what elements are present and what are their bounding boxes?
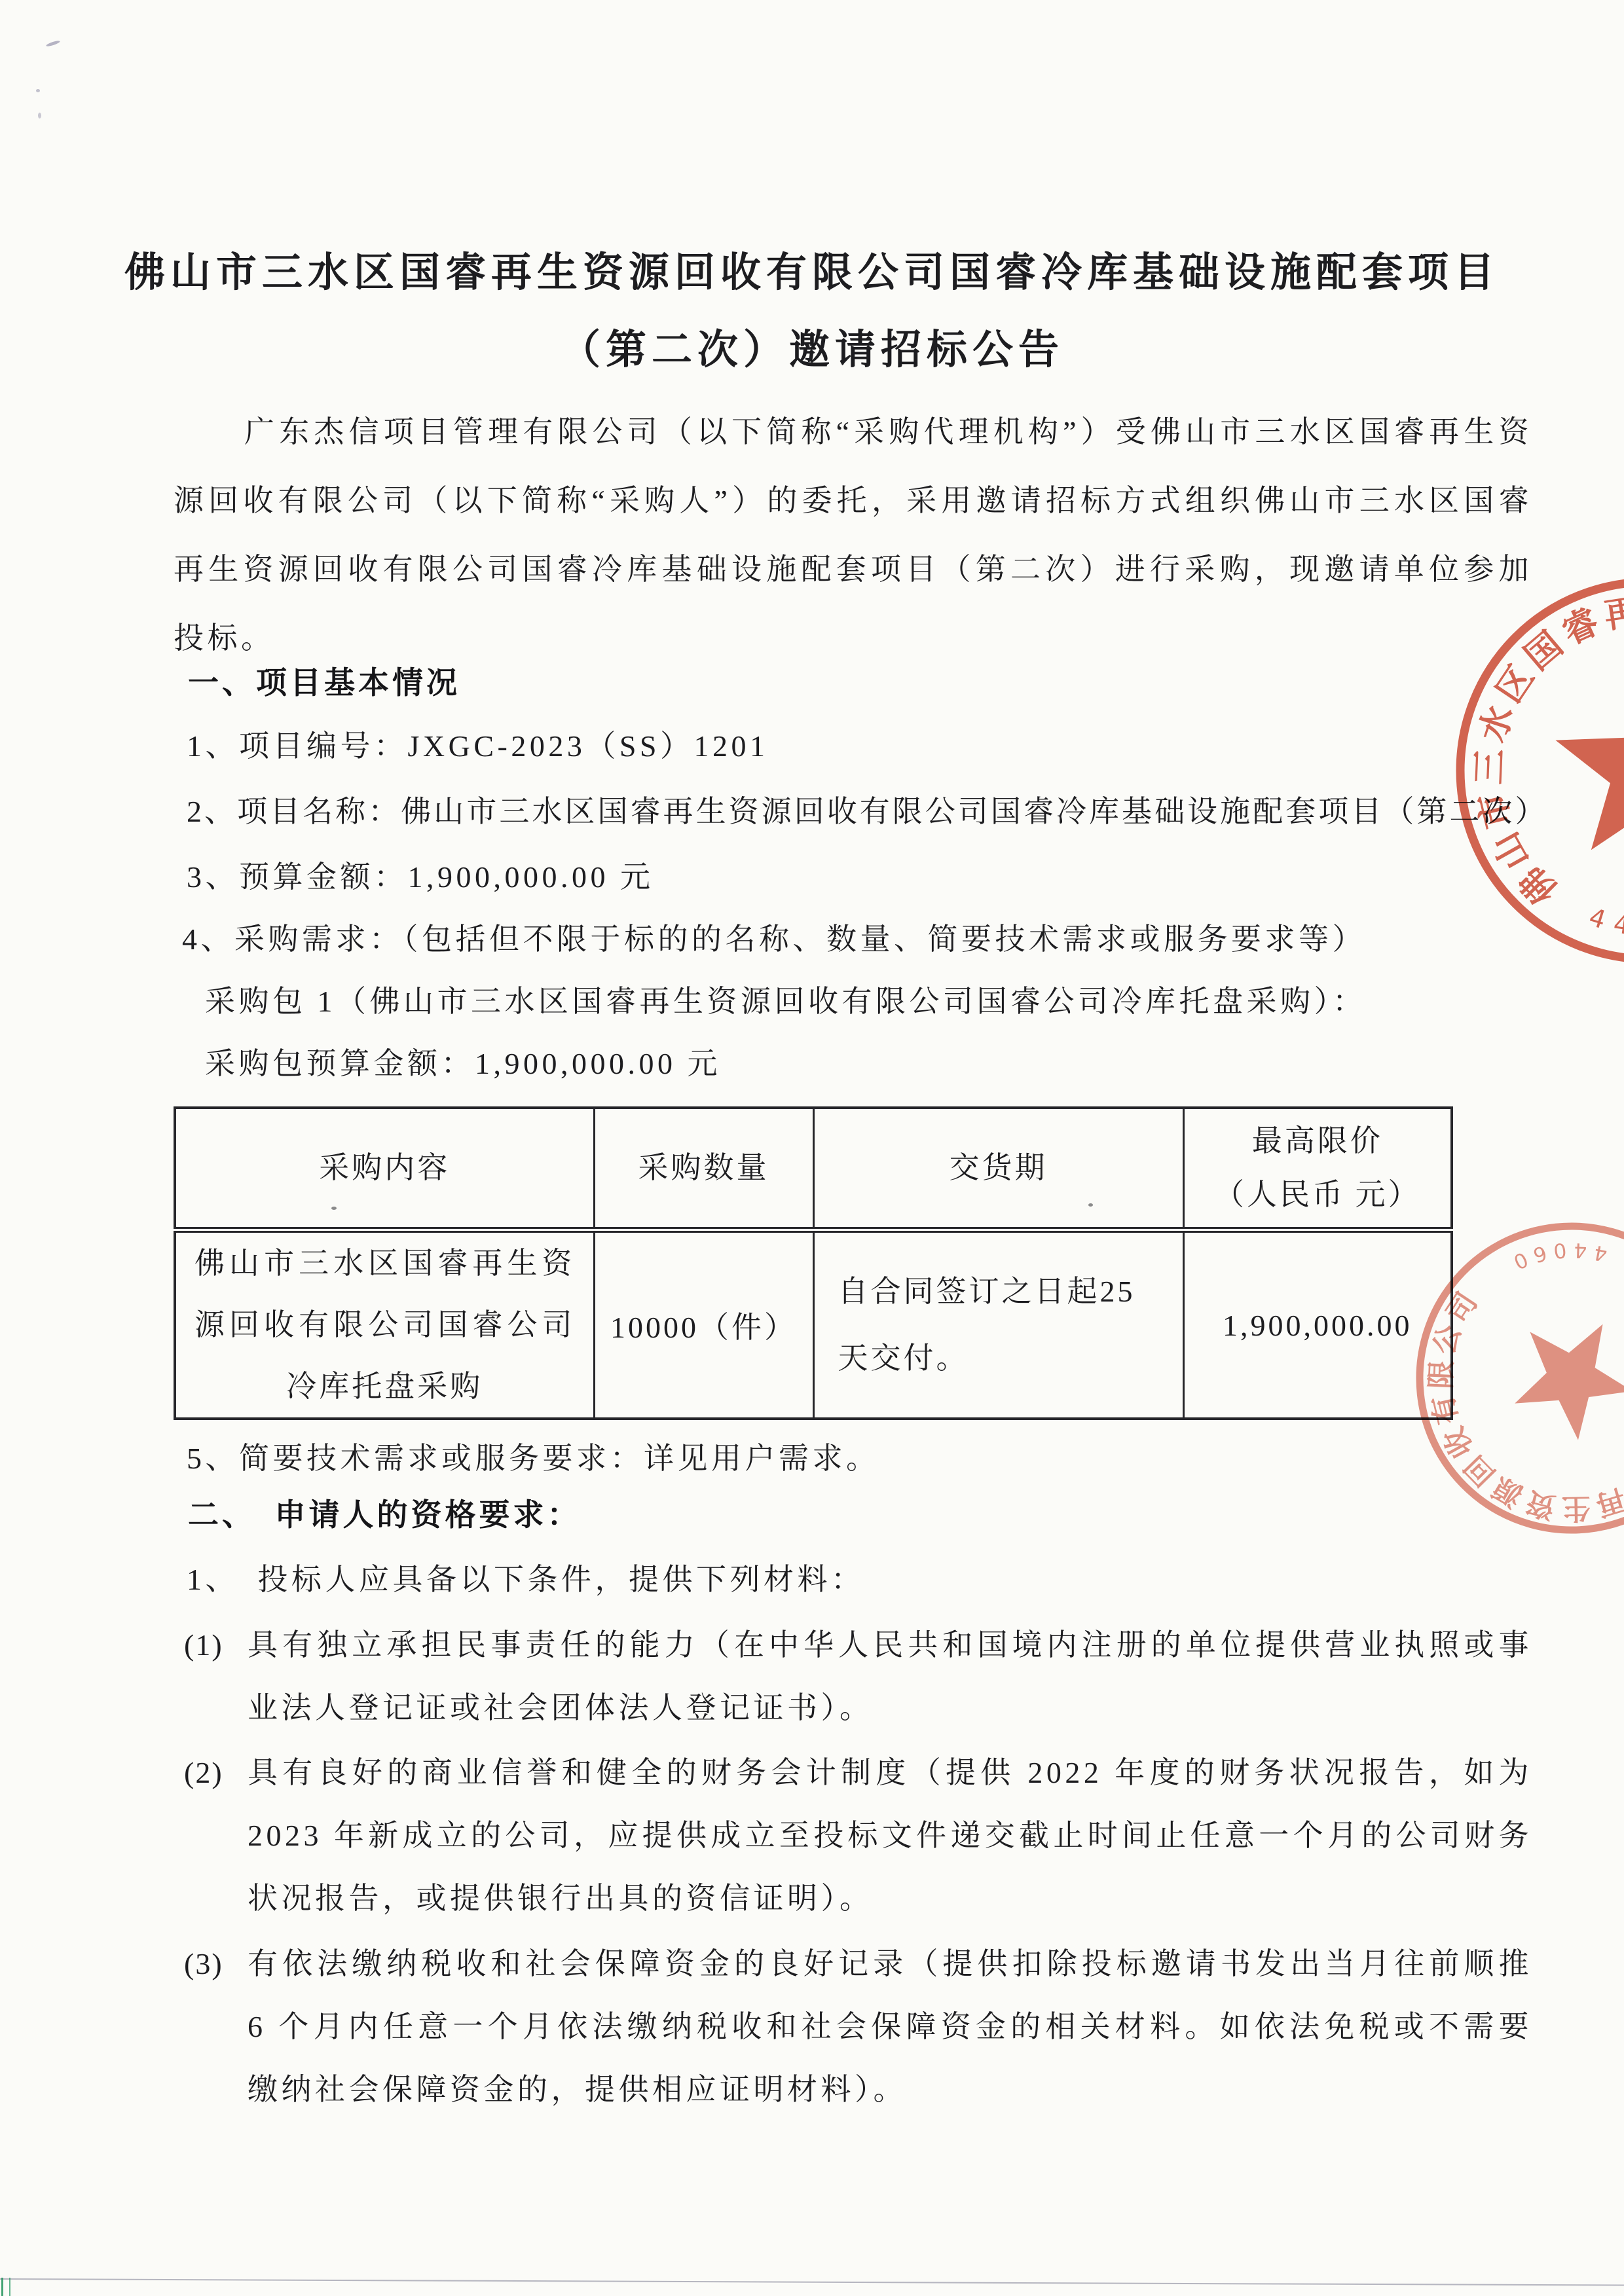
requirement-2-line: 2023 年新成立的公司，应提供成立至投标文件递交截止时间止任意一个月的公司财务 (248, 1804, 1532, 1867)
requirement-2-line: 状况报告，或提供银行出具的资信证明）。 (248, 1867, 1532, 1930)
table-row: 佛山市三水区国睿再生资源回收有限公司国睿公司冷库托盘采购 10000（件） 自合… (175, 1230, 1452, 1419)
header-delivery: 交货期 (813, 1108, 1183, 1230)
header-max-price-line1: 最高限价 (1252, 1124, 1383, 1157)
requirement-1: (1) 具有独立承担民事责任的能力（在中华人民共和国境内注册的单位提供营业执照或… (174, 1614, 1532, 1740)
company-seal-upper: 佛山市三水区国睿再生资源回收有限公司 440607 (1446, 568, 1624, 974)
header-content: 采购内容 (175, 1108, 594, 1230)
scan-green-mark (1, 2278, 10, 2296)
budget-line: 3、预算金额：1,900,000.00 元 (187, 846, 654, 909)
section-2-heading: 二、 申请人的资格要求： (188, 1484, 581, 1546)
company-seal-lower: 佛山市三水区国睿再生资源回收有限公司 440607 (1401, 1208, 1624, 1548)
requirement-1-marker: (1) (184, 1614, 223, 1677)
scan-line-artifact (0, 2278, 1624, 2286)
requirement-2: (2) 具有良好的商业信誉和健全的财务会计制度（提供 2022 年度的财务状况报… (174, 1741, 1532, 1930)
scan-smudge (46, 40, 60, 48)
tech-requirement-line: 5、简要技术需求或服务要求：详见用户需求。 (187, 1427, 880, 1490)
package-budget-line: 采购包预算金额：1,900,000.00 元 (205, 1032, 721, 1095)
requirement-1-line: 业法人登记证或社会团体法人登记证书）。 (248, 1677, 1532, 1740)
requirement-3-line: 缴纳社会保障资金的，提供相应证明材料）。 (248, 2058, 1532, 2121)
procurement-table: 采购内容 采购数量 交货期 最高限价 （人民币 元） 佛山市三水区国睿再生资源回… (174, 1106, 1453, 1420)
intro-paragraph: 广东杰信项目管理有限公司（以下简称“采购代理机构”）受佛山市三水区国睿再生资 源… (174, 397, 1532, 672)
requirement-3-marker: (3) (184, 1933, 223, 1995)
seal-star-icon (1555, 672, 1624, 850)
cell-content: 佛山市三水区国睿再生资源回收有限公司国睿公司冷库托盘采购 (175, 1230, 594, 1419)
intro-line: 广东杰信项目管理有限公司（以下简称“采购代理机构”）受佛山市三水区国睿再生资 (174, 397, 1532, 466)
requirement-1-line: 具有独立承担民事责任的能力（在中华人民共和国境内注册的单位提供营业执照或事 (248, 1614, 1532, 1677)
requirement-2-marker: (2) (184, 1741, 223, 1804)
header-max-price-line2: （人民币 元） (1214, 1178, 1421, 1211)
section-1-heading: 一、项目基本情况 (188, 651, 460, 714)
project-name-line: 2、项目名称：佛山市三水区国睿再生资源回收有限公司国睿冷库基础设施配套项目（第二… (187, 780, 1545, 843)
requirement-3: (3) 有依法缴纳税收和社会保障资金的良好记录（提供扣除投标邀请书发出当月往前顺… (174, 1933, 1532, 2121)
intro-line: 再生资源回收有限公司国睿冷库基础设施配套项目（第二次）进行采购，现邀请单位参加 (174, 535, 1532, 604)
procurement-demand-line: 4、采购需求：（包括但不限于标的的名称、数量、简要技术需求或服务要求等） (182, 908, 1366, 971)
project-number-line: 1、项目编号：JXGC-2023（SS）1201 (187, 715, 769, 778)
cell-quantity: 10000（件） (594, 1230, 813, 1419)
document-title-line2: （第二次）邀请招标公告 (0, 318, 1624, 380)
scan-dot (331, 1207, 337, 1210)
requirement-3-line: 6 个月内任意一个月依法缴纳税收和社会保障资金的相关材料。如依法免税或不需要 (248, 1995, 1532, 2058)
table-header-row: 采购内容 采购数量 交货期 最高限价 （人民币 元） (175, 1108, 1452, 1230)
scan-dot (1088, 1203, 1093, 1207)
header-quantity: 采购数量 (594, 1108, 813, 1230)
seal-star-icon (1507, 1322, 1624, 1446)
requirement-3-line: 有依法缴纳税收和社会保障资金的良好记录（提供扣除投标邀请书发出当月往前顺推 (248, 1933, 1532, 1995)
package-line: 采购包 1（佛山市三水区国睿再生资源回收有限公司国睿公司冷库托盘采购）： (205, 970, 1367, 1033)
scan-smudge (38, 113, 41, 118)
intro-line: 源回收有限公司（以下简称“采购人”）的委托，采用邀请招标方式组织佛山市三水区国睿 (174, 466, 1532, 535)
requirement-2-line: 具有良好的商业信誉和健全的财务会计制度（提供 2022 年度的财务状况报告，如为 (248, 1741, 1532, 1804)
cell-delivery: 自合同签订之日起25天交付。 (813, 1230, 1183, 1419)
bidder-conditions-intro: 1、 投标人应具备以下条件，提供下列材料： (187, 1548, 865, 1611)
scanned-tender-document-page: 佛山市三水区国睿再生资源回收有限公司国睿冷库基础设施配套项目 （第二次）邀请招标… (0, 0, 1624, 2296)
scan-smudge (36, 89, 40, 92)
document-title-line1: 佛山市三水区国睿再生资源回收有限公司国睿冷库基础设施配套项目 (0, 241, 1624, 303)
